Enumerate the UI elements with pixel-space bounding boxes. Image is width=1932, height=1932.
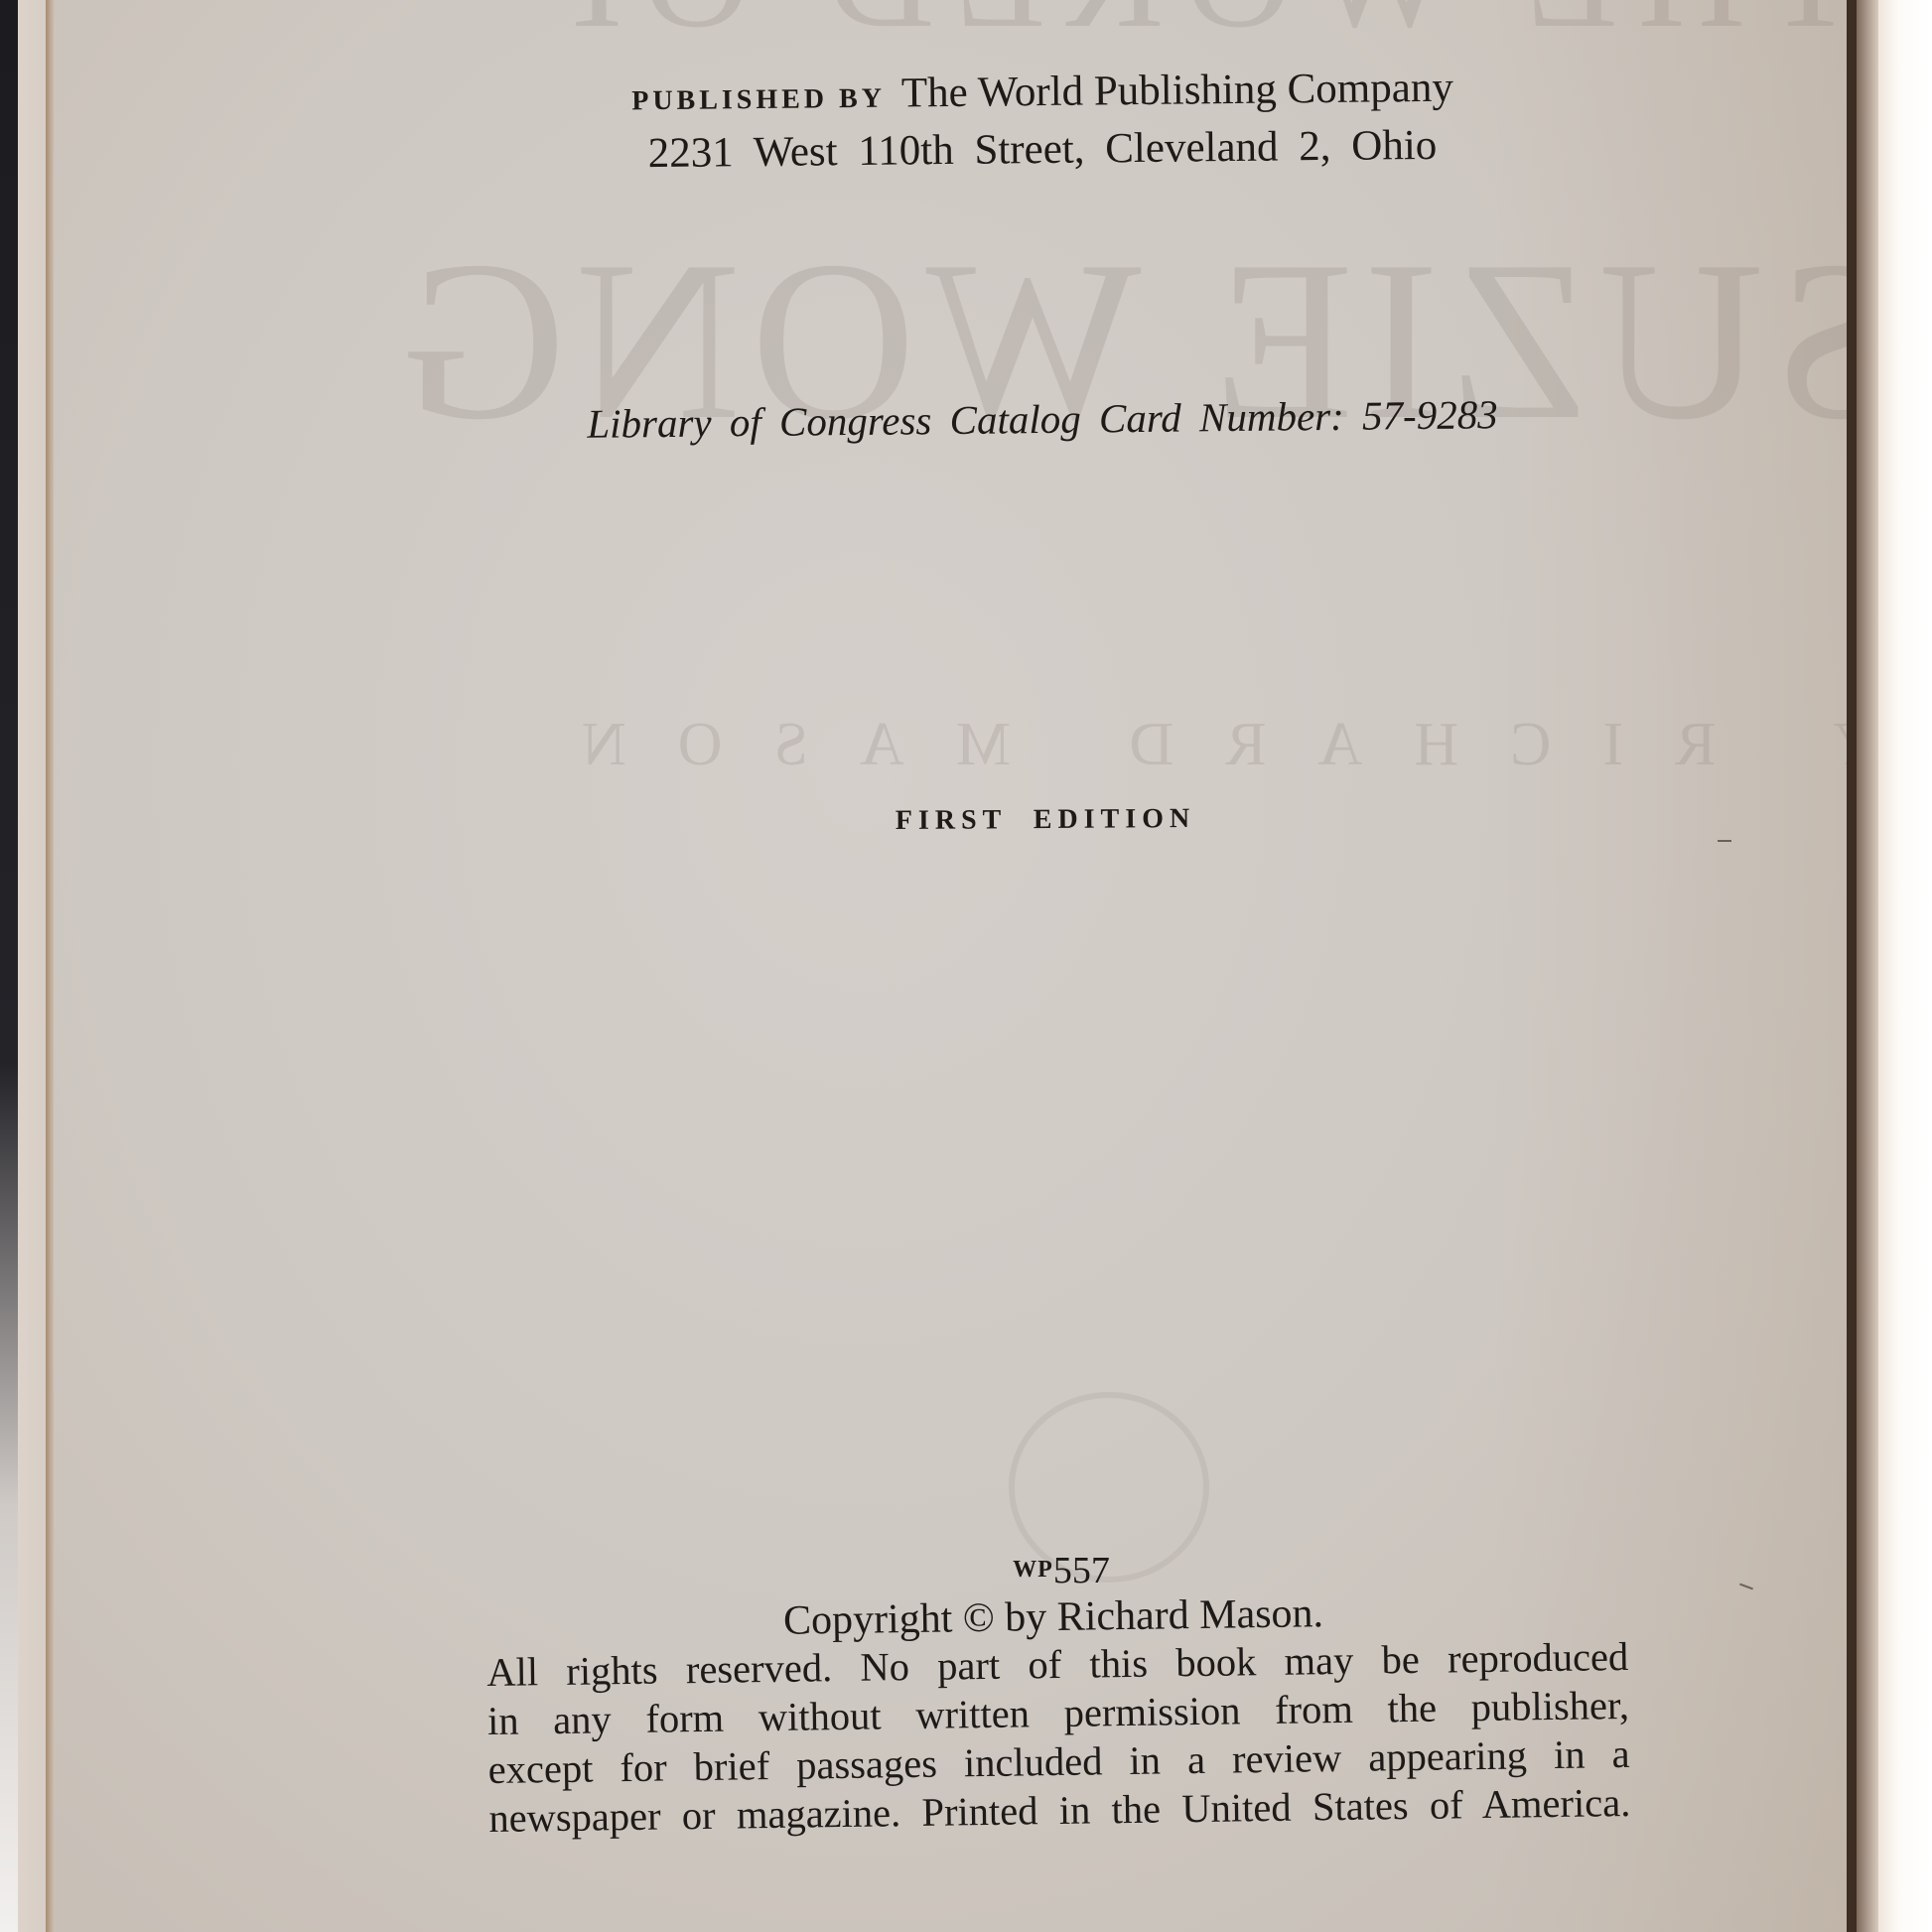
show-through-title-top: THE WORLD OF xyxy=(520,0,1857,62)
publisher-name: The World Publishing Company xyxy=(901,65,1453,117)
paper-speck xyxy=(1718,840,1731,842)
printing-code-number: 557 xyxy=(1053,1550,1110,1591)
rights-paragraph: All rights reserved. No part of this boo… xyxy=(486,1632,1631,1843)
show-through-author: BY RICHARD MASON xyxy=(530,710,1932,780)
page-shadow xyxy=(1857,0,1878,1932)
page-edge-right xyxy=(1847,0,1857,1932)
background-right xyxy=(1878,0,1932,1932)
photo-scene: THE WORLD OF SUZIE WONG BY RICHARD MASON… xyxy=(0,0,1932,1932)
printing-code-prefix: WP xyxy=(1013,1557,1053,1583)
published-by-label: PUBLISHED BY xyxy=(631,83,886,117)
